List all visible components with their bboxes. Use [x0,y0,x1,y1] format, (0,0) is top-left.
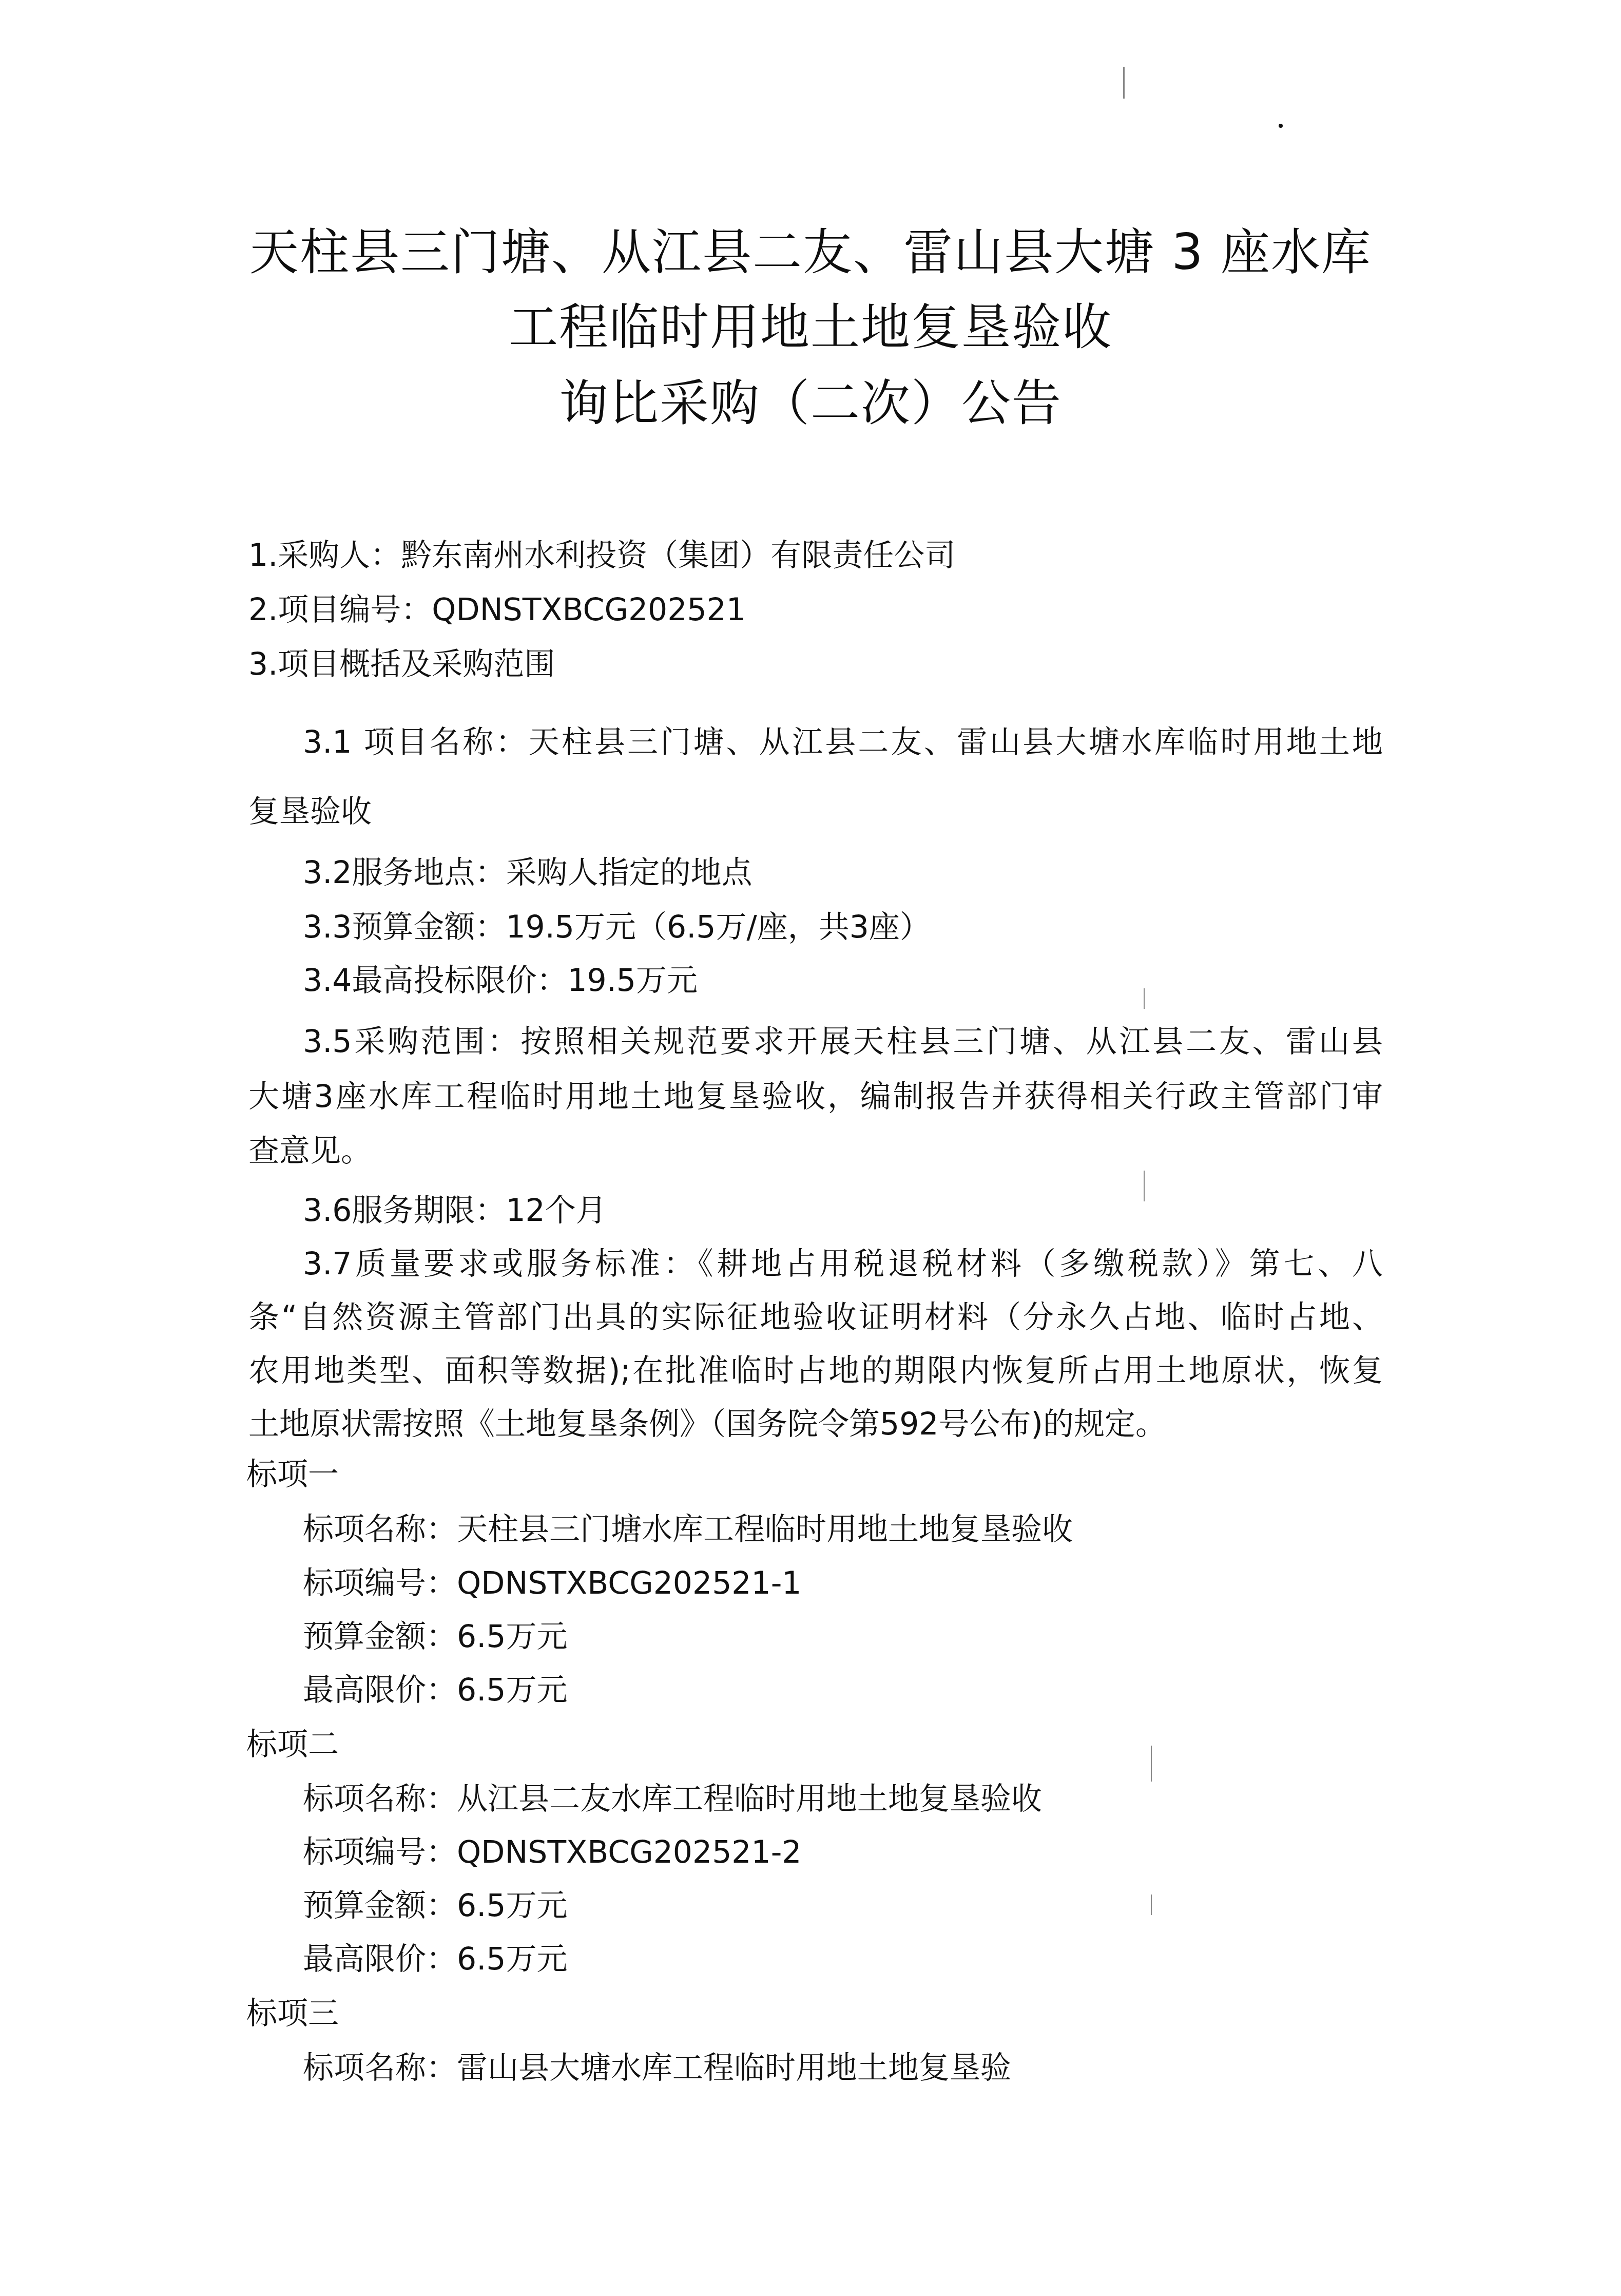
purchaser: 1.采购人：黔东南州水利投资（集团）有限责任公司 [248,537,955,574]
scan-artifact-dot [1279,124,1283,128]
lot-2-max-price: 最高限价：6.5万元 [303,1941,567,1978]
procurement-scope-line-2: 大塘3座水库工程临时用地土地复垦验收，编制报告并获得相关行政主管部门审 [248,1078,1383,1115]
project-number: 2.项目编号：QDNSTXBCG202521 [248,591,746,628]
lot-2-heading: 标项二 [246,1726,339,1763]
document-title-line-1: 天柱县三门塘、从江县二友、雷山县大塘 3 座水库 [0,224,1621,280]
lot-1-heading: 标项一 [246,1456,339,1493]
scan-artifact-mark [1151,1895,1152,1915]
section-3-heading: 3.项目概括及采购范围 [248,646,555,683]
project-name-line-1: 3.1 项目名称：天柱县三门塘、从江县二友、雷山县大塘水库临时用地土地 [303,724,1383,761]
lot-2-code: 标项编号：QDNSTXBCG202521-2 [303,1834,802,1871]
lot-2-name: 标项名称：从江县二友水库工程临时用地土地复垦验收 [303,1781,1042,1817]
project-name-line-2: 复垦验收 [248,793,372,830]
lot-2-budget: 预算金额：6.5万元 [303,1887,567,1924]
service-period: 3.6服务期限：12个月 [303,1192,607,1229]
scan-artifact-mark [1144,988,1145,1009]
lot-1-name: 标项名称：天柱县三门塘水库工程临时用地土地复垦验收 [303,1511,1073,1548]
procurement-scope-line-1: 3.5采购范围：按照相关规范要求开展天柱县三门塘、从江县二友、雷山县 [303,1023,1383,1060]
quality-standard-line-3: 农用地类型、面积等数据);在批准临时占地的期限内恢复所占用土地原状，恢复 [248,1352,1383,1389]
scan-artifact-mark [1123,67,1125,99]
quality-standard-line-4: 土地原状需按照《土地复垦条例》（国务院令第592号公布)的规定。 [248,1406,1166,1443]
max-bid-price: 3.4最高投标限价：19.5万元 [303,962,698,999]
document-title-line-2: 工程临时用地土地复垦验收 [0,299,1621,355]
service-location: 3.2服务地点：采购人指定的地点 [303,854,752,891]
lot-1-code: 标项编号：QDNSTXBCG202521-1 [303,1565,802,1602]
scan-artifact-mark [1144,1171,1145,1201]
procurement-scope-line-3: 查意见。 [248,1133,372,1170]
document-title-line-3: 询比采购（二次）公告 [0,375,1621,431]
lot-1-budget: 预算金额：6.5万元 [303,1618,567,1655]
scan-artifact-mark [1151,1746,1152,1782]
lot-1-max-price: 最高限价：6.5万元 [303,1672,567,1709]
lot-3-heading: 标项三 [246,1995,339,2032]
budget-amount: 3.3预算金额：19.5万元（6.5万/座，共3座） [303,909,931,946]
lot-3-name: 标项名称：雷山县大塘水库工程临时用地土地复垦验 [303,2050,1011,2087]
scanned-document-page: 天柱县三门塘、从江县二友、雷山县大塘 3 座水库 工程临时用地土地复垦验收 询比… [0,0,1621,2296]
quality-standard-line-2: 条“自然资源主管部门出具的实际征地验收证明材料（分永久占地、临时占地、 [248,1299,1383,1336]
quality-standard-line-1: 3.7质量要求或服务标准：《耕地占用税退税材料（多缴税款）》第七、八 [303,1246,1383,1283]
